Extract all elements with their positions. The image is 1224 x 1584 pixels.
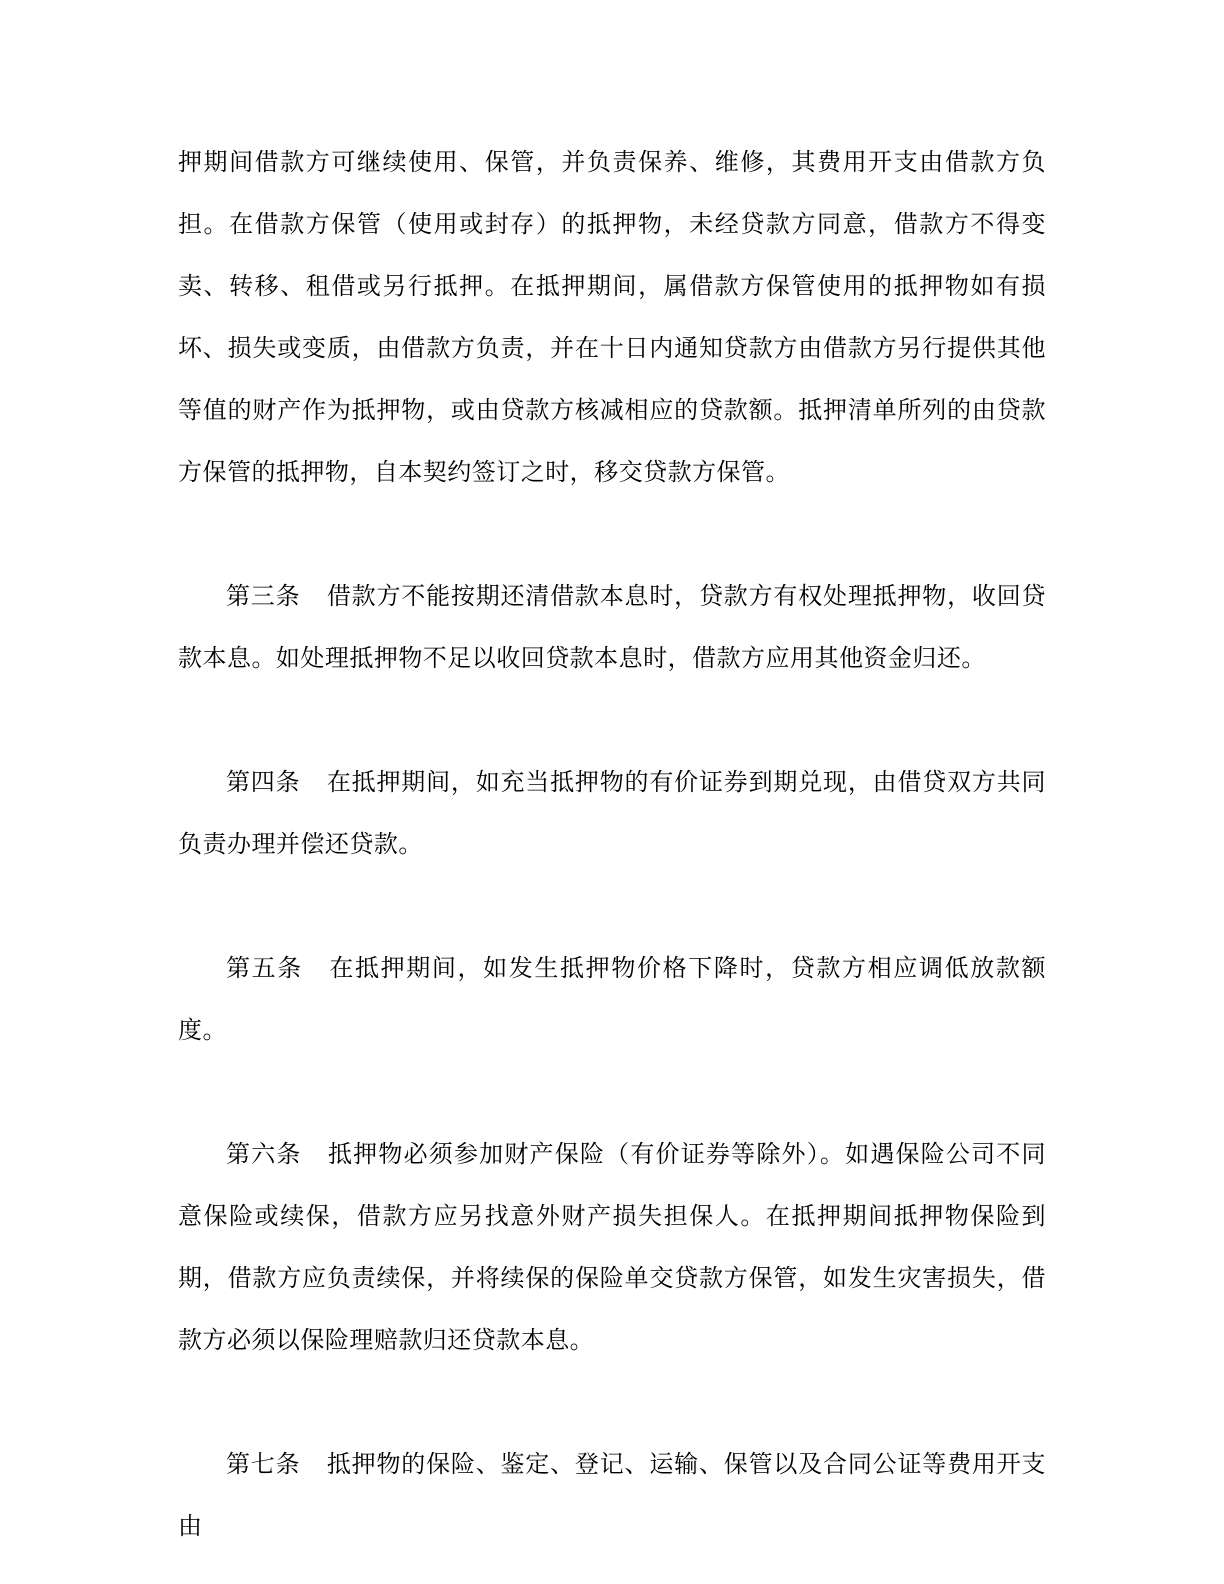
clause-4-label: 第四条 [226, 768, 300, 796]
clause-7-label: 第七条 [226, 1450, 300, 1478]
clause-7: 第七条抵押物的保险、鉴定、登记、运输、保管以及合同公证等费用开支由 [178, 1433, 1046, 1557]
clause-3: 第三条借款方不能按期还清借款本息时，贷款方有权处理抵押物，收回贷款本息。如处理抵… [178, 565, 1046, 689]
clause-5-label: 第五条 [226, 954, 303, 982]
clause-6-label: 第六条 [226, 1140, 302, 1168]
paragraph-continuation: 押期间借款方可继续使用、保管，并负责保养、维修，其费用开支由借款方负担。在借款方… [178, 131, 1046, 503]
clause-6: 第六条抵押物必须参加财产保险（有价证券等除外）。如遇保险公司不同意保险或续保，借… [178, 1123, 1046, 1371]
clause-5: 第五条在抵押期间，如发生抵押物价格下降时，贷款方相应调低放款额度。 [178, 937, 1046, 1061]
clause-4: 第四条在抵押期间，如充当抵押物的有价证券到期兑现，由借贷双方共同负责办理并偿还贷… [178, 751, 1046, 875]
clause-4-text: 在抵押期间，如充当抵押物的有价证券到期兑现，由借贷双方共同负责办理并偿还贷款。 [178, 768, 1046, 858]
clause-3-text: 借款方不能按期还清借款本息时，贷款方有权处理抵押物，收回贷款本息。如处理抵押物不… [178, 582, 1046, 672]
clause-6-text: 抵押物必须参加财产保险（有价证券等除外）。如遇保险公司不同意保险或续保，借款方应… [178, 1140, 1046, 1354]
clause-3-label: 第三条 [226, 582, 300, 610]
clause-5-text: 在抵押期间，如发生抵押物价格下降时，贷款方相应调低放款额度。 [178, 954, 1046, 1044]
clause-7-text: 抵押物的保险、鉴定、登记、运输、保管以及合同公证等费用开支由 [178, 1450, 1046, 1540]
document-page: 押期间借款方可继续使用、保管，并负责保养、维修，其费用开支由借款方负担。在借款方… [0, 0, 1224, 1584]
contract-body: 押期间借款方可继续使用、保管，并负责保养、维修，其费用开支由借款方负担。在借款方… [178, 131, 1046, 1557]
